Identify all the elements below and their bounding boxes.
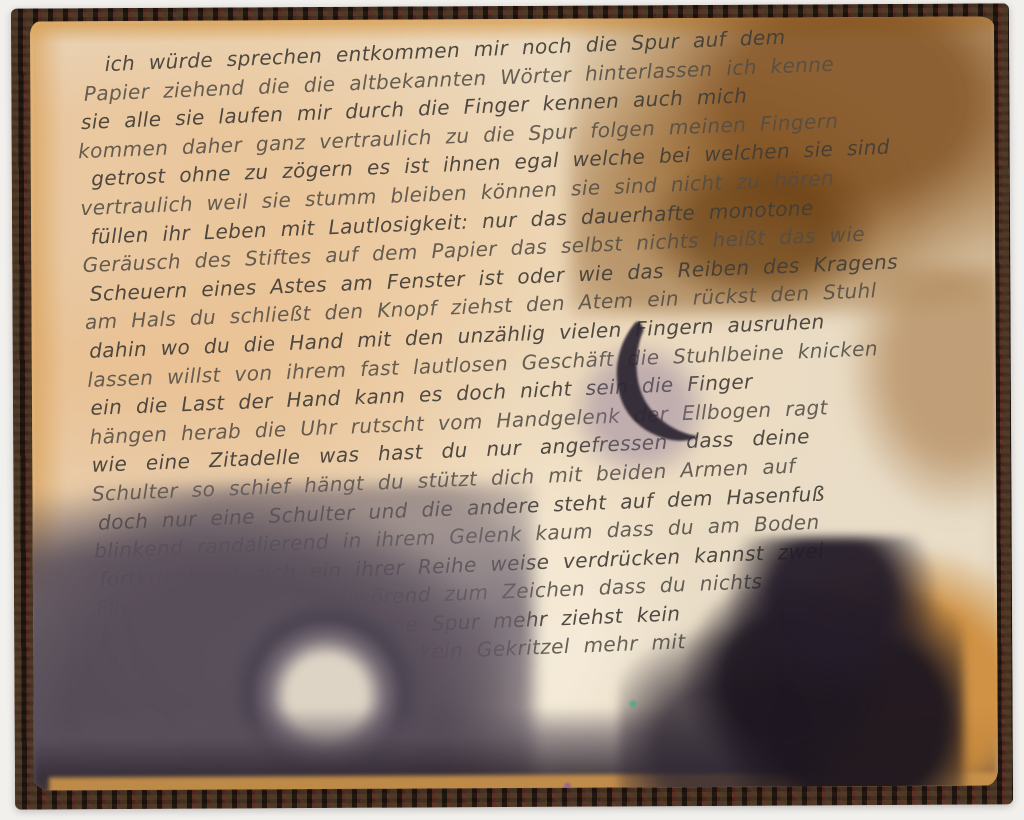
manuscript-paper: ich würde sprechen entkommen mir noch di… <box>30 16 998 790</box>
board-rim <box>11 3 1009 8</box>
ochre-stain-left-edge <box>30 21 67 590</box>
paint-fleck-purple <box>564 783 571 790</box>
paint-fleck-green <box>630 700 637 707</box>
artwork-photo: ich würde sprechen entkommen mir noch di… <box>11 3 1013 809</box>
dark-band-bottom <box>34 704 998 790</box>
handwriting-block: ich würde sprechen entkommen mir noch di… <box>74 16 998 679</box>
ochre-strip-bottom <box>49 772 998 790</box>
